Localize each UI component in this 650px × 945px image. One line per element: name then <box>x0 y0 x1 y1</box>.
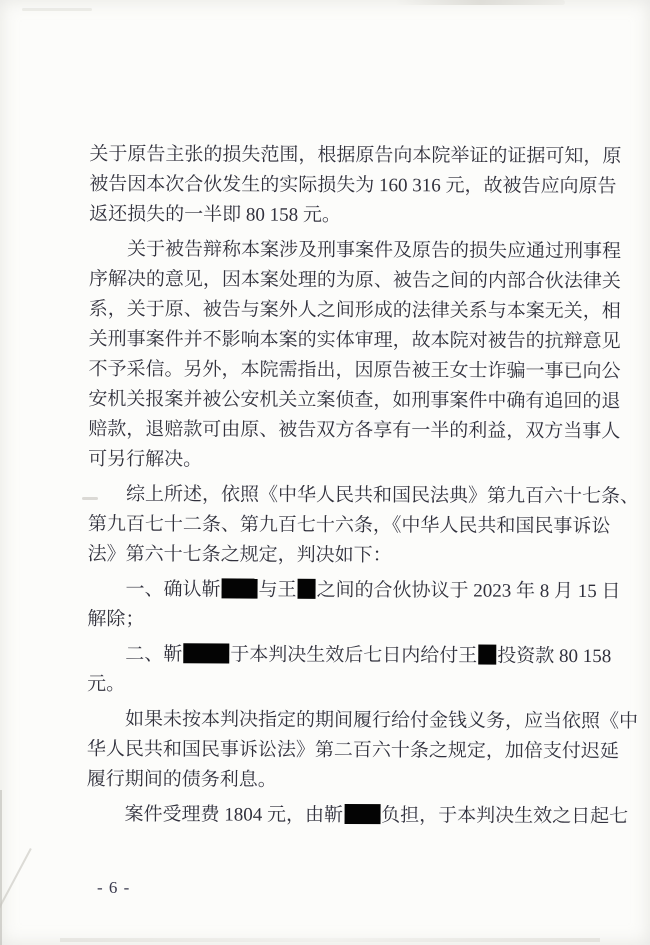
text-line: 如果未按本判决指定的期间履行给付金钱义务，应当依照《中 <box>87 705 617 737</box>
text-run: 法》第六十七条之规定，判决如下： <box>88 544 392 566</box>
text-line: 系，关于原、被告与案外人之间形成的法律关系与本案无关，相 <box>89 295 619 327</box>
text-run: 案件受理费 1804 元，由靳 <box>125 804 344 826</box>
redaction-box <box>183 643 229 663</box>
text-run: 之间的合伙协议于 2023 年 8 月 15 日 <box>317 580 621 602</box>
text-line: 综上所述，依照《中华人民共和国民法典》第九百六十七条、 <box>88 480 618 512</box>
redaction-box <box>344 804 380 824</box>
page-number: - 6 - <box>97 878 130 898</box>
text-run: 投资款 80 158 <box>497 646 611 667</box>
text-line: 关刑事案件并不影响本案的实体审理，故本院对被告的抗辩意见 <box>89 325 619 357</box>
text-run: 关刑事案件并不影响本案的实体审理，故本院对被告的抗辩意见 <box>89 329 621 352</box>
paragraph: 二、靳于本判决生效后七日内给付王投资款 80 158元。 <box>87 640 617 702</box>
text-run: 一、确认靳 <box>126 579 221 600</box>
text-run: 负担，于本判决生效之日起七 <box>381 805 628 827</box>
paragraph: 关于原告主张的损失范围，根据原告向本院举证的证据可知，原被告因本次合伙发生的实际… <box>89 140 619 232</box>
text-line: 案件受理费 1804 元，由靳负担，于本判决生效之日起七 <box>87 800 617 832</box>
text-line: 序解决的意见，因本案处理的为原、被告之间的内部合伙法律关 <box>89 265 619 297</box>
judgment-text-body: 关于原告主张的损失范围，根据原告向本院举证的证据可知，原被告因本次合伙发生的实际… <box>86 140 619 837</box>
text-run: 序解决的意见，因本案处理的为原、被告之间的内部合伙法律关 <box>89 269 621 292</box>
paragraph: 综上所述，依照《中华人民共和国民法典》第九百六十七条、第九百七十二条、第九百七十… <box>88 480 618 572</box>
text-run: 被告因本次合伙发生的实际损失为 160 316 元，故被告应向原告 <box>89 174 616 197</box>
redaction-box <box>298 579 316 599</box>
text-line: 法》第六十七条之规定，判决如下： <box>88 540 618 572</box>
redaction-box <box>222 578 258 598</box>
paragraph: 如果未按本判决指定的期间履行给付金钱义务，应当依照《中华人民共和国民事诉讼法》第… <box>87 705 617 797</box>
text-line: 不予采信。另外，本院需指出，因原告被王女士诈骗一事已向公 <box>88 355 618 387</box>
text-line: 关于原告主张的损失范围，根据原告向本院举证的证据可知，原 <box>89 140 619 172</box>
text-run: 可另行解决。 <box>88 449 202 470</box>
paragraph: 一、确认靳与王之间的合伙协议于 2023 年 8 月 15 日解除； <box>87 575 617 637</box>
text-line: 赔款，退赔款可由原、被告双方各享有一半的利益，双方当事人 <box>88 415 618 447</box>
text-line: 可另行解决。 <box>88 445 618 477</box>
text-line: 关于被告辩称本案涉及刑事案件及原告的损失应通过刑事程 <box>89 235 619 267</box>
text-line: 安机关报案并被公安机关立案侦查，如刑事案件中确有追回的退 <box>88 385 618 417</box>
text-line: 履行期间的债务利息。 <box>87 765 617 797</box>
text-run: 关于原告主张的损失范围，根据原告向本院举证的证据可知，原 <box>89 144 621 167</box>
text-run: 如果未按本判决指定的期间履行给付金钱义务，应当依照《中 <box>125 709 638 732</box>
text-line: 华人民共和国民事诉讼法》第二百六十条之规定，加倍支付迟延 <box>87 735 617 767</box>
text-run: 第九百七十二条、第九百七十六条，《中华人民共和国民事诉讼 <box>88 514 611 537</box>
text-line: 元。 <box>87 670 617 702</box>
text-run: 华人民共和国民事诉讼法》第二百六十条之规定，加倍支付迟延 <box>87 739 619 762</box>
text-run: 系，关于原、被告与案外人之间形成的法律关系与本案无关，相 <box>89 299 621 322</box>
text-line: 被告因本次合伙发生的实际损失为 160 316 元，故被告应向原告 <box>89 170 619 202</box>
text-line: 一、确认靳与王之间的合伙协议于 2023 年 8 月 15 日 <box>87 575 617 607</box>
text-run: 赔款，退赔款可由原、被告双方各享有一半的利益，双方当事人 <box>88 419 620 442</box>
text-run: 解除； <box>87 609 144 630</box>
text-line: 第九百七十二条、第九百七十六条，《中华人民共和国民事诉讼 <box>88 510 618 542</box>
text-run: 返还损失的一半即 80 158 元。 <box>89 204 341 226</box>
text-line: 返还损失的一半即 80 158 元。 <box>89 200 619 232</box>
text-run: 履行期间的债务利息。 <box>87 769 277 791</box>
paragraph: 案件受理费 1804 元，由靳负担，于本判决生效之日起七 <box>87 800 617 832</box>
text-run: 元。 <box>87 674 125 695</box>
text-run: 安机关报案并被公安机关立案侦查，如刑事案件中确有追回的退 <box>88 389 620 412</box>
text-run: 综上所述，依照《中华人民共和国民法典》第九百六十七条、 <box>126 484 639 507</box>
text-line: 解除； <box>87 605 617 637</box>
text-run: 与王 <box>259 580 297 601</box>
text-run: 关于被告辩称本案涉及刑事案件及原告的损失应通过刑事程 <box>127 239 621 262</box>
text-run: 于本判决生效后七日内给付王 <box>230 644 477 666</box>
paragraph: 关于被告辩称本案涉及刑事案件及原告的损失应通过刑事程序解决的意见，因本案处理的为… <box>88 235 619 477</box>
text-run: 二、靳 <box>125 644 182 665</box>
text-run: 不予采信。另外，本院需指出，因原告被王女士诈骗一事已向公 <box>88 359 620 382</box>
redaction-box <box>478 645 496 665</box>
text-line: 二、靳于本判决生效后七日内给付王投资款 80 158 <box>87 640 617 672</box>
